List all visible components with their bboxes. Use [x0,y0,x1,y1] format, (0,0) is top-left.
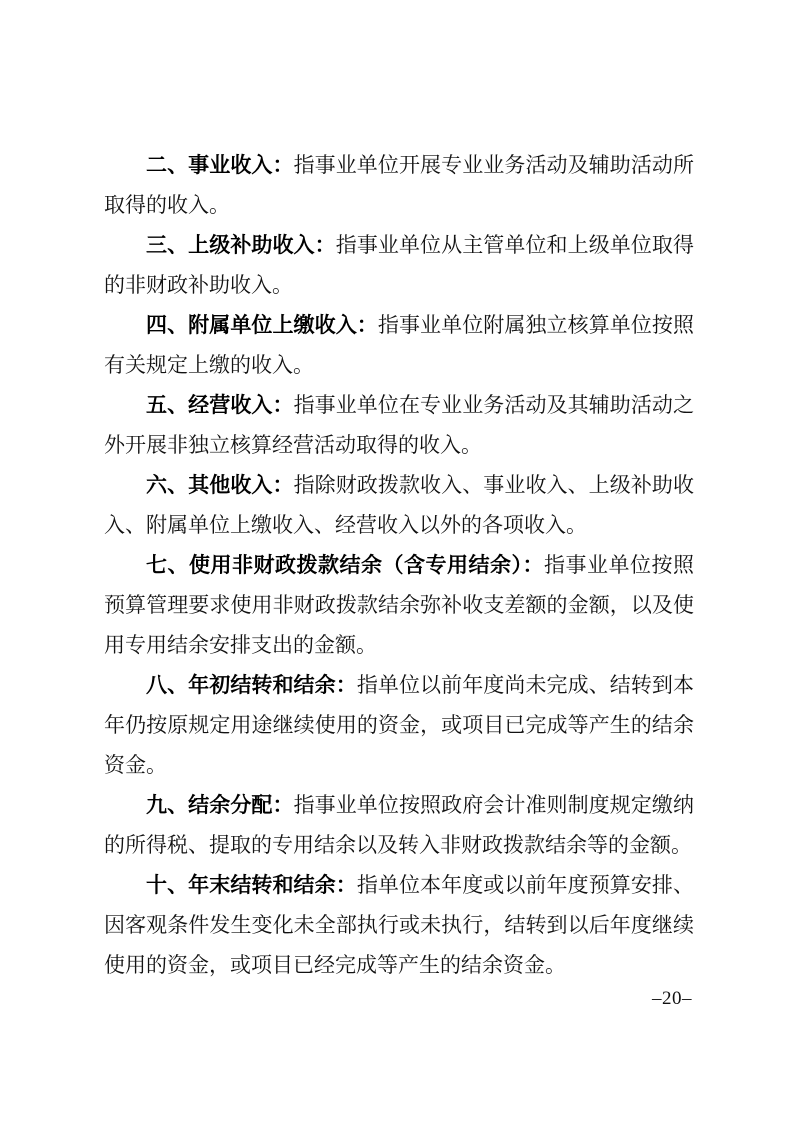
definition-paragraph: 八、年初结转和结余：指单位以前年度尚未完成、结转到本年仍按原规定用途继续使用的资… [104,665,694,785]
definition-paragraph: 十、年末结转和结余：指单位本年度或以前年度预算安排、因客观条件发生变化未全部执行… [104,865,694,985]
definition-term: 九、结余分配： [146,793,294,817]
definition-paragraph: 六、其他收入：指除财政拨款收入、事业收入、上级补助收入、附属单位上缴收入、经营收… [104,465,694,545]
definition-term: 三、上级补助收入： [146,233,336,257]
definition-term: 四、附属单位上缴收入： [146,313,378,337]
definition-term: 七、使用非财政拨款结余（含专用结余）： [146,553,544,577]
definition-term: 八、年初结转和结余： [146,673,357,697]
definition-term: 十、年末结转和结余： [146,873,357,897]
definition-term: 六、其他收入： [146,473,294,497]
definition-term: 二、事业收入： [146,153,294,177]
page-number: –20– [652,988,692,1010]
document-page: 二、事业收入：指事业单位开展专业业务活动及辅助活动所取得的收入。 三、上级补助收… [0,0,793,1122]
definition-term: 五、经营收入： [146,393,294,417]
definition-paragraph: 二、事业收入：指事业单位开展专业业务活动及辅助活动所取得的收入。 [104,145,694,225]
definition-paragraph: 九、结余分配：指事业单位按照政府会计准则制度规定缴纳的所得税、提取的专用结余以及… [104,785,694,865]
definition-paragraph: 四、附属单位上缴收入：指事业单位附属独立核算单位按照有关规定上缴的收入。 [104,305,694,385]
definition-paragraph: 五、经营收入：指事业单位在专业业务活动及其辅助活动之外开展非独立核算经营活动取得… [104,385,694,465]
document-content: 二、事业收入：指事业单位开展专业业务活动及辅助活动所取得的收入。 三、上级补助收… [104,145,694,985]
definition-paragraph: 三、上级补助收入：指事业单位从主管单位和上级单位取得的非财政补助收入。 [104,225,694,305]
definition-paragraph: 七、使用非财政拨款结余（含专用结余）：指事业单位按照预算管理要求使用非财政拨款结… [104,545,694,665]
